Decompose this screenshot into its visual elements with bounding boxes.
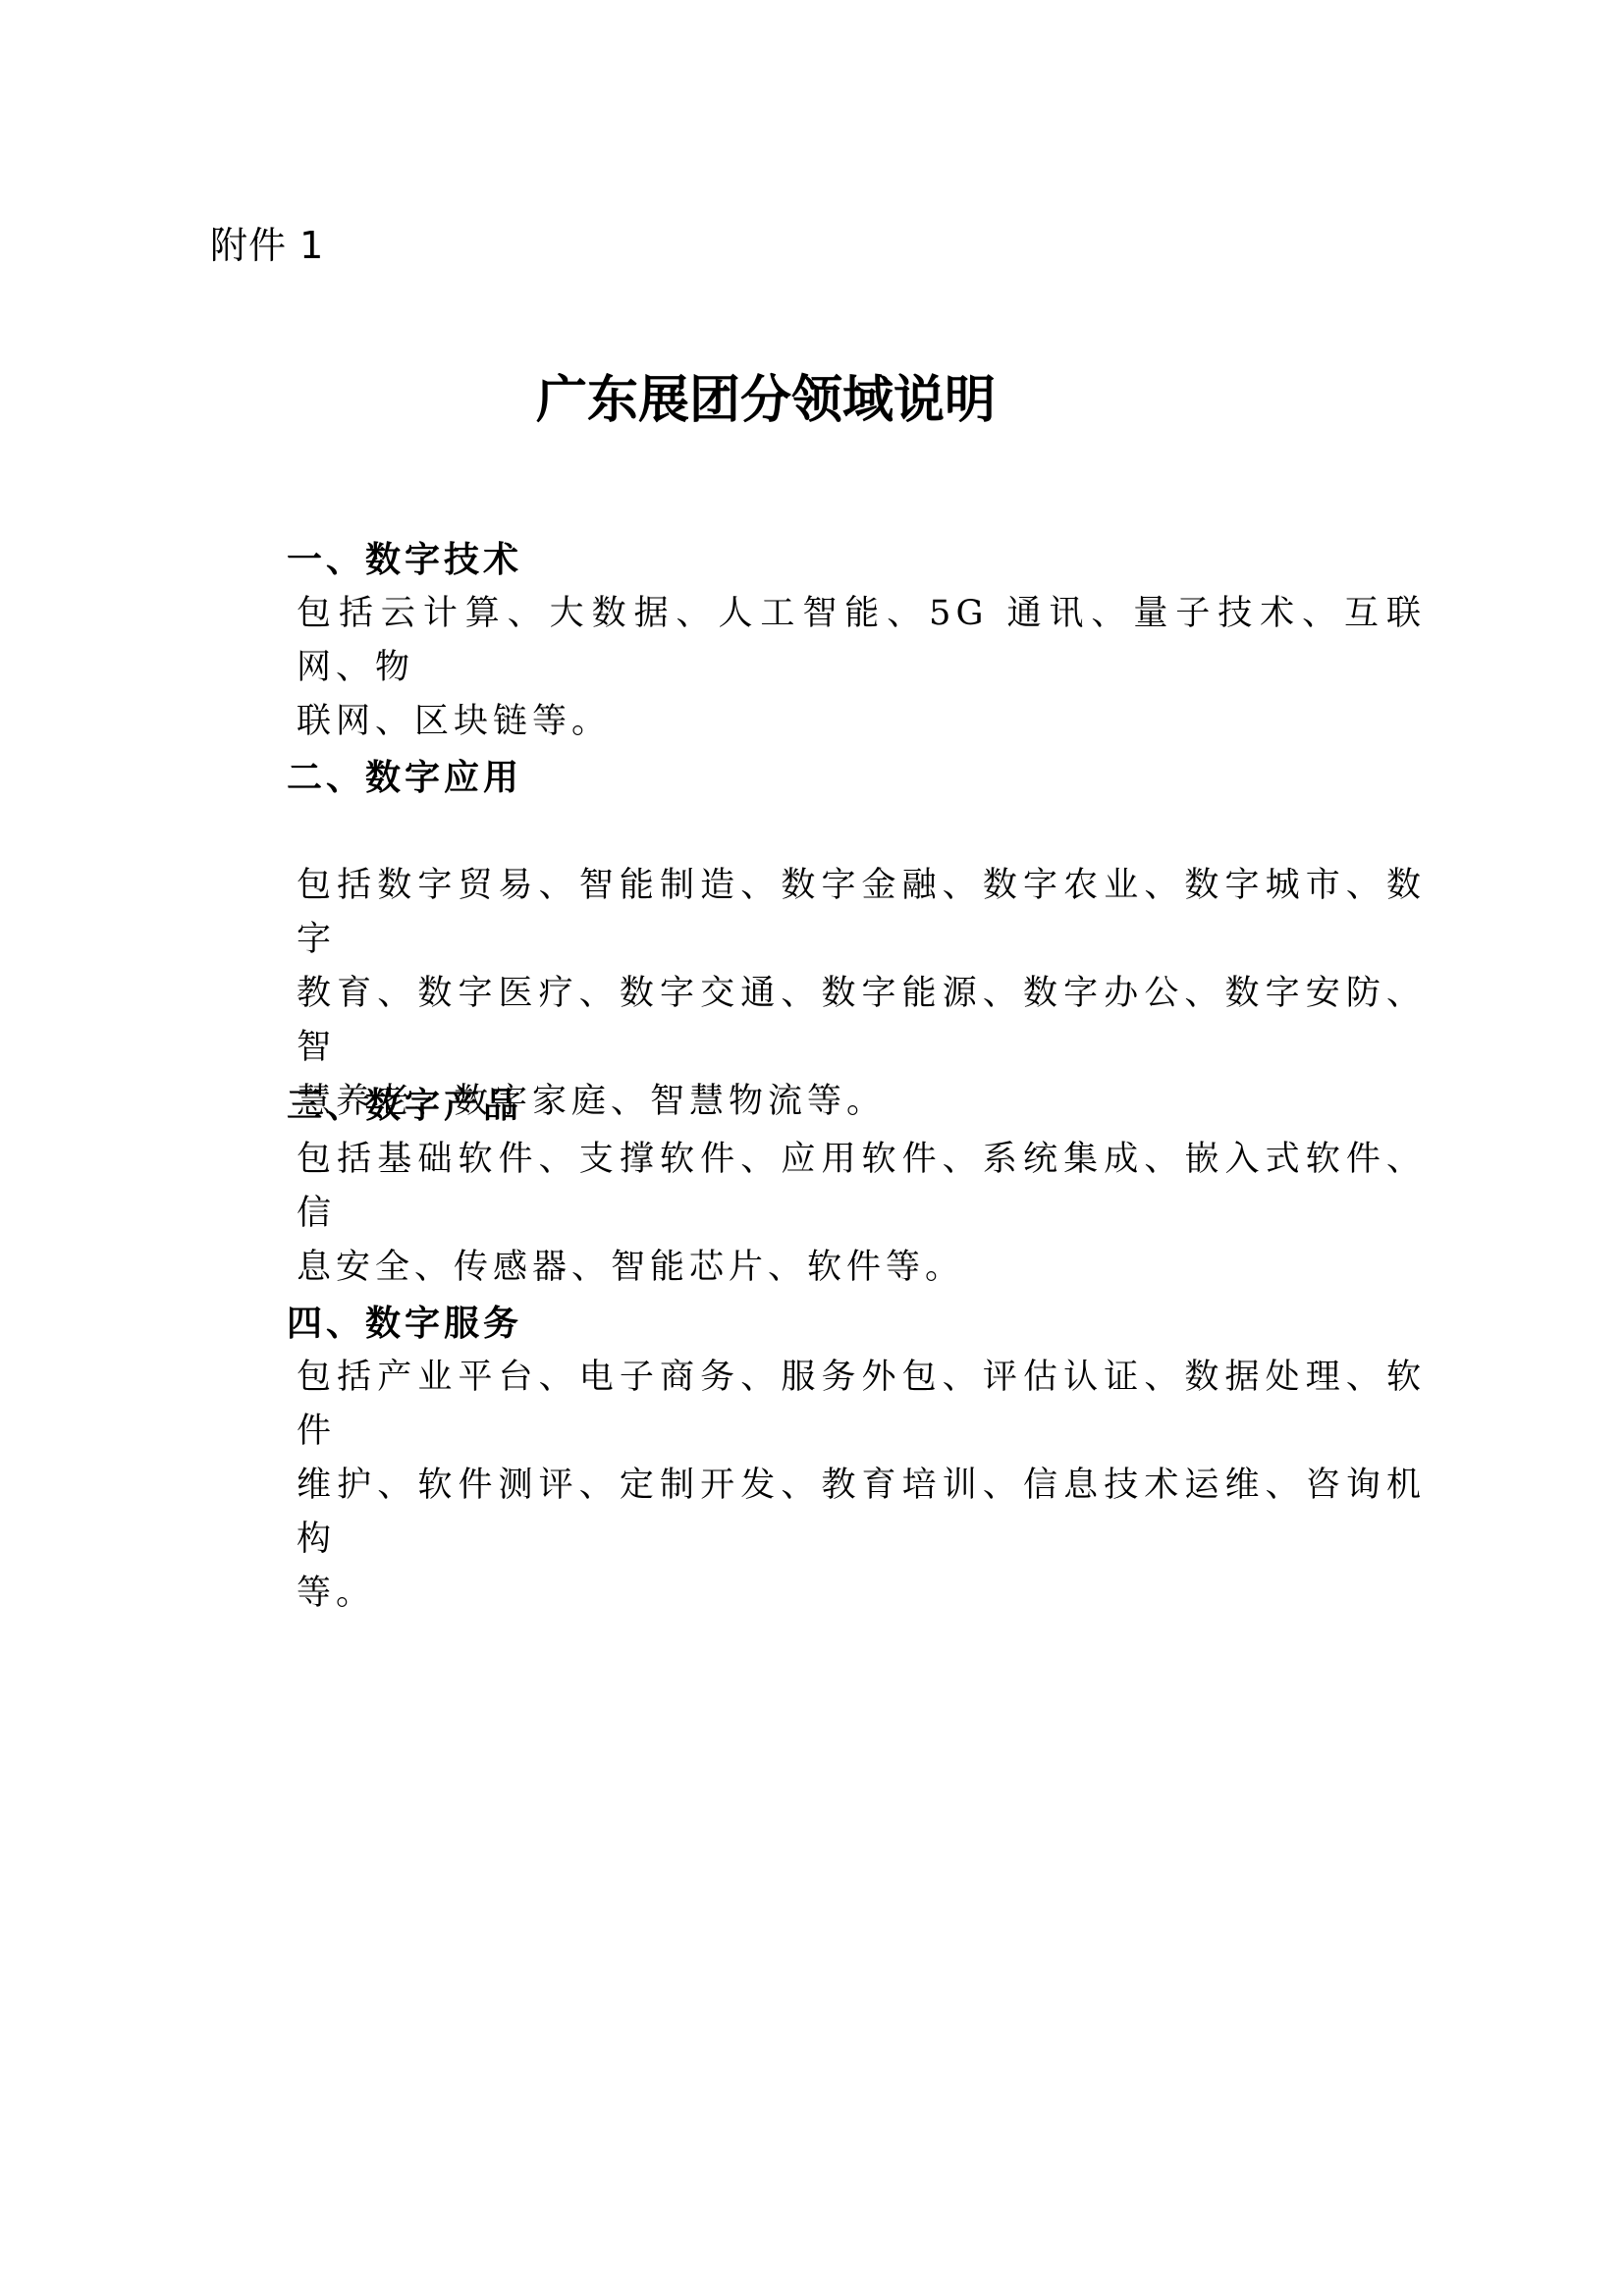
section-heading: 一、数字技术 <box>287 532 1435 587</box>
section-heading: 四、数字服务 <box>287 1296 1435 1351</box>
section-digital-technology: 一、数字技术 包括云计算、大数据、人工智能、5G 通讯、量子技术、互联网、物 联… <box>287 532 1435 749</box>
body-line: 包括产业平台、电子商务、服务外包、评估认证、数据处理、软件 <box>297 1351 1426 1459</box>
body-line: 包括基础软件、支撑软件、应用软件、系统集成、嵌入式软件、信 <box>297 1133 1426 1241</box>
attachment-label: 附件 1 <box>210 222 324 269</box>
body-line: 维护、软件测评、定制开发、教育培训、信息技术运维、咨询机构 <box>297 1459 1426 1567</box>
section-body: 包括产业平台、电子商务、服务外包、评估认证、数据处理、软件 维护、软件测评、定制… <box>297 1351 1426 1621</box>
section-heading: 三、数字产品 <box>287 1078 1435 1133</box>
body-line: 包括云计算、大数据、人工智能、5G 通讯、量子技术、互联网、物 <box>297 587 1426 695</box>
body-line: 息安全、传感器、智能芯片、软件等。 <box>297 1241 1426 1295</box>
body-line: 包括数字贸易、智能制造、数字金融、数字农业、数字城市、数字 <box>297 859 1426 967</box>
page-title: 广东展团分领域说明 <box>536 367 996 434</box>
section-body: 包括云计算、大数据、人工智能、5G 通讯、量子技术、互联网、物 联网、区块链等。 <box>297 587 1426 749</box>
section-digital-application: 二、数字应用 包括数字贸易、智能制造、数字金融、数字农业、数字城市、数字 教育、… <box>287 750 1435 1129</box>
body-line: 教育、数字医疗、数字交通、数字能源、数字办公、数字安防、智 <box>297 967 1426 1075</box>
section-digital-services: 四、数字服务 包括产业平台、电子商务、服务外包、评估认证、数据处理、软件 维护、… <box>287 1296 1435 1621</box>
body-line: 联网、区块链等。 <box>297 695 1426 749</box>
body-line: 等。 <box>297 1567 1426 1621</box>
section-heading: 二、数字应用 <box>287 750 1435 805</box>
section-digital-products: 三、数字产品 包括基础软件、支撑软件、应用软件、系统集成、嵌入式软件、信 息安全… <box>287 1078 1435 1295</box>
section-body: 包括基础软件、支撑软件、应用软件、系统集成、嵌入式软件、信 息安全、传感器、智能… <box>297 1133 1426 1295</box>
blank-line <box>287 805 1435 859</box>
